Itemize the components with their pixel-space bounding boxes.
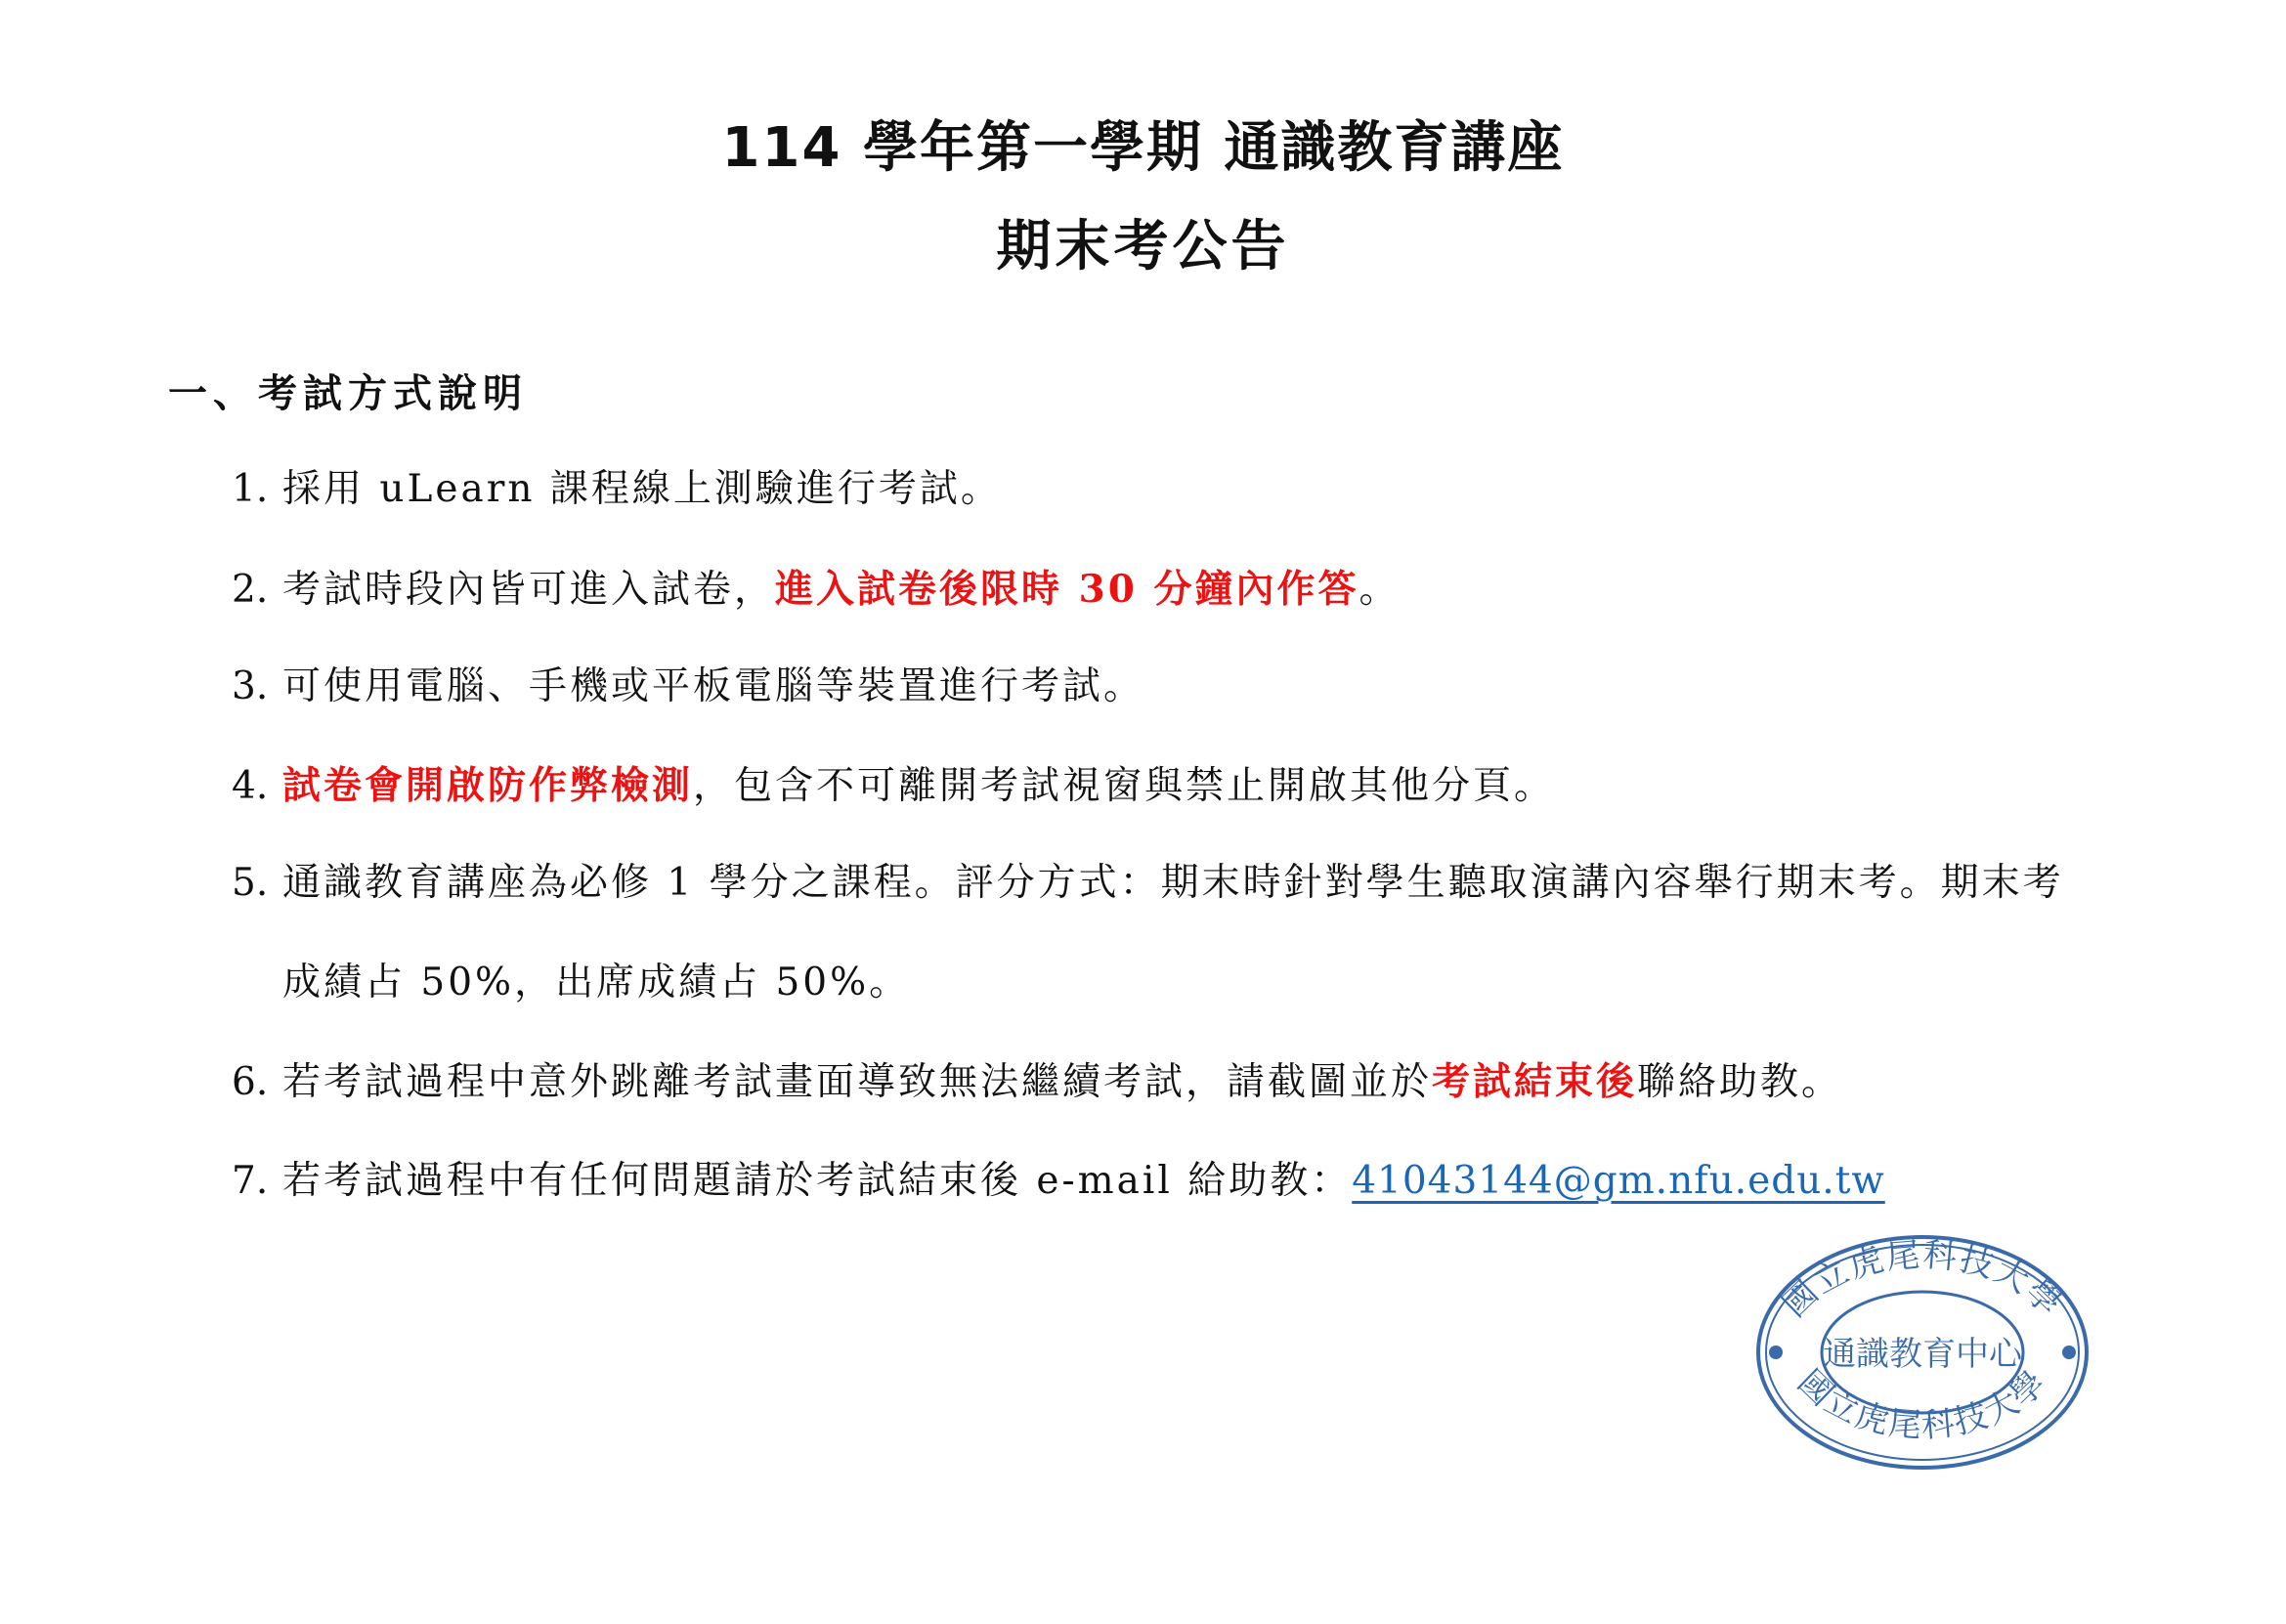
- ta-email-link[interactable]: 41043144@gm.nfu.edu.tw: [1352, 1159, 1885, 1203]
- list-item: 3.可使用電腦、手機或平板電腦等裝置進行考試。: [232, 664, 1144, 709]
- list-item-text: 可使用電腦、手機或平板電腦等裝置進行考試。: [282, 664, 1144, 708]
- list-item: 5.通識教育講座為必修 1 學分之課程。評分方式：期末時針對學生聽取演講內容舉行…: [232, 861, 2064, 906]
- list-item-number: 2.: [232, 568, 282, 613]
- document-title: 114 學年第一學期 通識教育講座: [0, 117, 2286, 180]
- highlighted-text: 進入試卷後限時 30 分鐘內作答: [775, 567, 1359, 612]
- university-seal-stamp: 國立虎尾科技大學 國立虎尾科技大學 通識教育中心: [1754, 1233, 2092, 1472]
- list-item-number: 3.: [232, 664, 282, 709]
- list-item-text: 若考試過程中有任何問題請於考試結束後 e-mail 給助教：: [282, 1159, 1352, 1203]
- list-item-number: 5.: [232, 861, 282, 906]
- list-item: 4.試卷會開啟防作弊檢測，包含不可離開考試視窗與禁止開啟其他分頁。: [232, 763, 1555, 809]
- stamp-center-text: 通識教育中心: [1823, 1335, 2024, 1374]
- document-subtitle: 期末考公告: [0, 216, 2286, 278]
- svg-text:國立虎尾科技大學: 國立虎尾科技大學: [1775, 1235, 2070, 1325]
- svg-text:國立虎尾科技大學: 國立虎尾科技大學: [1790, 1362, 2055, 1445]
- list-item-number: 6.: [232, 1060, 282, 1105]
- list-item-text: 。: [1359, 568, 1400, 612]
- list-item-continuation: 成績占 50%，出席成績占 50%。: [282, 961, 910, 1005]
- list-item-number: 7.: [232, 1159, 282, 1204]
- highlighted-text: 試卷會開啟防作弊檢測: [282, 763, 693, 808]
- list-item: 1.採用 uLearn 課程線上測驗進行考試。: [232, 467, 1002, 512]
- list-item-text: ，包含不可離開考試視窗與禁止開啟其他分頁。: [693, 764, 1555, 808]
- highlighted-text: 考試結束後: [1432, 1059, 1637, 1104]
- list-item: 6.若考試過程中意外跳離考試畫面導致無法繼續考試，請截圖並於考試結束後聯絡助教。: [232, 1059, 1842, 1105]
- stamp-outer-text-top: 國立虎尾科技大學: [1775, 1235, 2070, 1325]
- list-item-number: 4.: [232, 764, 282, 809]
- list-item: 2.考試時段內皆可進入試卷，進入試卷後限時 30 分鐘內作答。: [232, 567, 1400, 613]
- list-item-text: 通識教育講座為必修 1 學分之課程。評分方式：期末時針對學生聽取演講內容舉行期末…: [282, 861, 2064, 905]
- list-item-text: 考試時段內皆可進入試卷，: [282, 568, 775, 612]
- list-item-text: 採用 uLearn 課程線上測驗進行考試。: [282, 467, 1002, 511]
- list-item-text: 聯絡助教。: [1637, 1060, 1842, 1104]
- list-item-number: 1.: [232, 467, 282, 512]
- stamp-outer-text-bottom: 國立虎尾科技大學: [1790, 1362, 2055, 1445]
- list-item: 7.若考試過程中有任何問題請於考試結束後 e-mail 給助教：41043144…: [232, 1159, 1885, 1204]
- section-heading-exam-method: 一、考試方式說明: [168, 371, 528, 416]
- list-item-text: 若考試過程中意外跳離考試畫面導致無法繼續考試，請截圖並於: [282, 1060, 1432, 1104]
